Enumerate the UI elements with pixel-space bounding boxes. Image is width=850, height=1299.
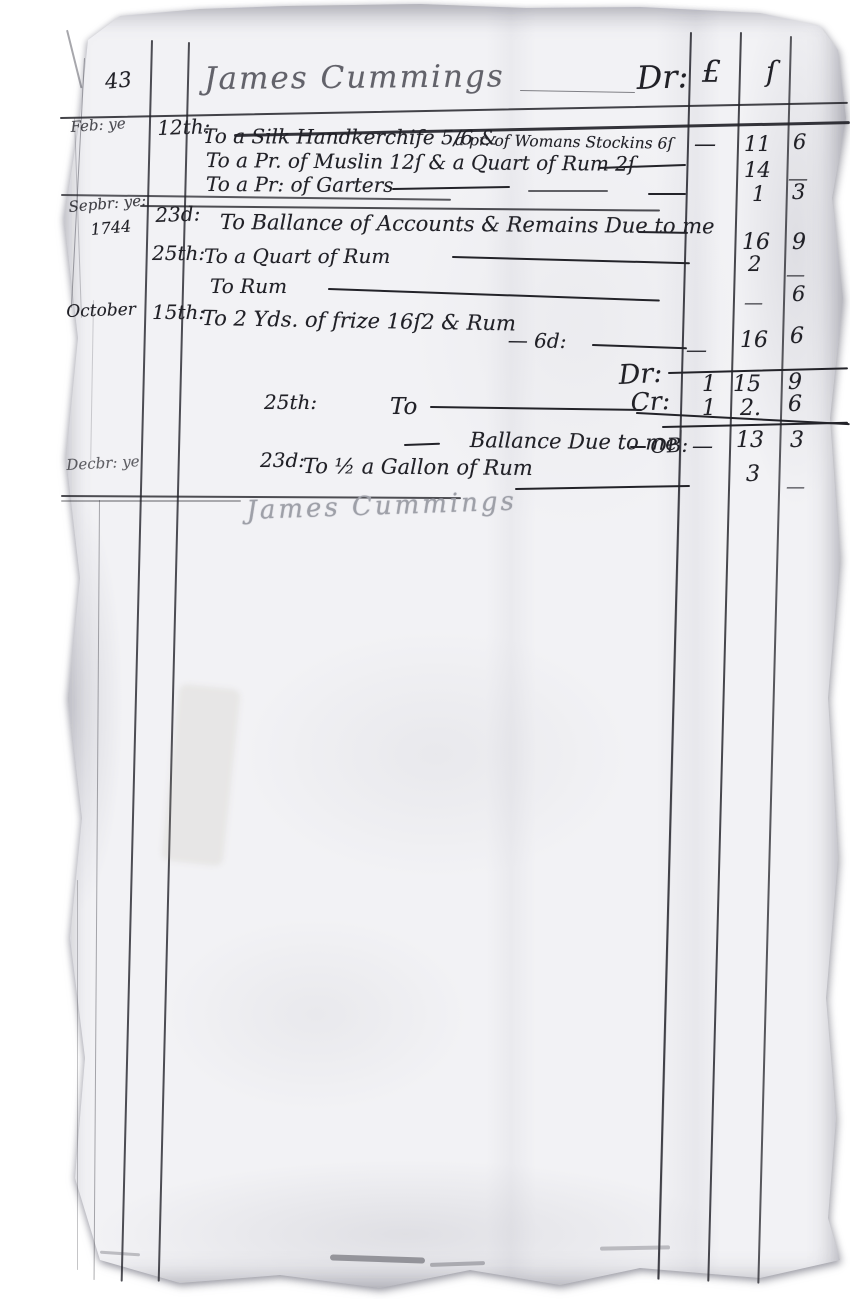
entry-day: 23d: — [155, 203, 201, 225]
debit-column-header: Dr: — [636, 60, 689, 94]
entry-year: 1744 — [90, 218, 132, 237]
entry-shillings: 3 — [746, 464, 760, 486]
entry-desc-tail: a pr. of Womans Stockins 6ſ — [455, 133, 674, 152]
dr-shillings: 15 — [733, 374, 761, 396]
entry-pence: — — [786, 478, 805, 497]
entry-shillings: 16 — [740, 330, 768, 352]
dr-pounds: 1 — [702, 374, 716, 396]
balance-tag: OB: — [650, 435, 689, 456]
entry-pence: 6 — [793, 132, 806, 153]
entry-desc: To Rum — [210, 276, 287, 296]
entry-day: 15th: — [152, 302, 205, 322]
balance-pounds: — — [692, 436, 713, 457]
entry-day: 25th: — [152, 243, 205, 263]
entry-pence: 6 — [790, 326, 804, 348]
paper-sheet — [56, 4, 848, 1294]
entry-shillings: — — [744, 294, 763, 313]
filler-dash — [648, 193, 686, 195]
dr-pence: 9 — [788, 372, 802, 394]
entry-pounds: — — [694, 134, 716, 156]
entry-shillings: 2 — [748, 254, 761, 275]
page-number: 43 — [104, 69, 133, 93]
entry-desc: To ½ a Gallon of Rum — [303, 456, 533, 479]
balance-mid-dash — [630, 446, 646, 448]
entry-shillings: 11 — [744, 134, 771, 155]
entry-desc: To a Pr: of Garters — [206, 174, 394, 195]
entry-shillings: 16 — [742, 232, 770, 254]
closing-rule-faint — [61, 500, 241, 502]
entry-desc-tail: — 6d: — [508, 330, 567, 351]
filler-dash — [528, 190, 608, 192]
balance-shillings: 13 — [736, 430, 764, 452]
entry-shillings: 14 — [744, 160, 771, 181]
to-line-day: 25th: — [264, 392, 317, 412]
balance-pence: 3 — [790, 430, 804, 452]
entry-desc: To a Silk Handkerchife 5/6 & — [203, 126, 498, 148]
fold-crease-b — [77, 880, 78, 1270]
to-line-label: To — [390, 396, 417, 419]
entry-desc: To 2 Yds. of frize 16ſ2 & Rum — [202, 308, 516, 334]
shillings-column-header: ſ — [766, 58, 776, 86]
entry-shillings: 1 — [752, 184, 765, 205]
cr-label: Cr: — [630, 388, 671, 415]
balance-label: Ballance Due to me — [470, 430, 678, 454]
entry-pounds: — — [686, 340, 707, 361]
entry-pence: 9 — [792, 232, 806, 254]
entry-desc: To a Quart of Rum — [204, 246, 390, 266]
pounds-column-header: £ — [702, 58, 721, 88]
entry-day: 23d: — [260, 450, 305, 470]
entry-month: Feb: ye — [70, 116, 126, 135]
entry-desc: To a Pr. of Muslin 12ſ & a Quart of Rum … — [206, 150, 636, 174]
entry-pence: 6 — [792, 284, 805, 305]
cr-pence: 6 — [788, 394, 802, 416]
ledger-scan: { "palette": { "paper": "#f2f2f5", "ink"… — [0, 0, 850, 1299]
entry-pence: 3 — [792, 182, 805, 203]
dr-label: Dr: — [618, 360, 663, 389]
entry-month: October — [66, 302, 136, 321]
entry-month: Decbr: ye — [66, 454, 140, 473]
account-name: James Cummings — [204, 61, 505, 95]
entry-desc: To Ballance of Accounts & Remains Due to… — [220, 212, 715, 237]
